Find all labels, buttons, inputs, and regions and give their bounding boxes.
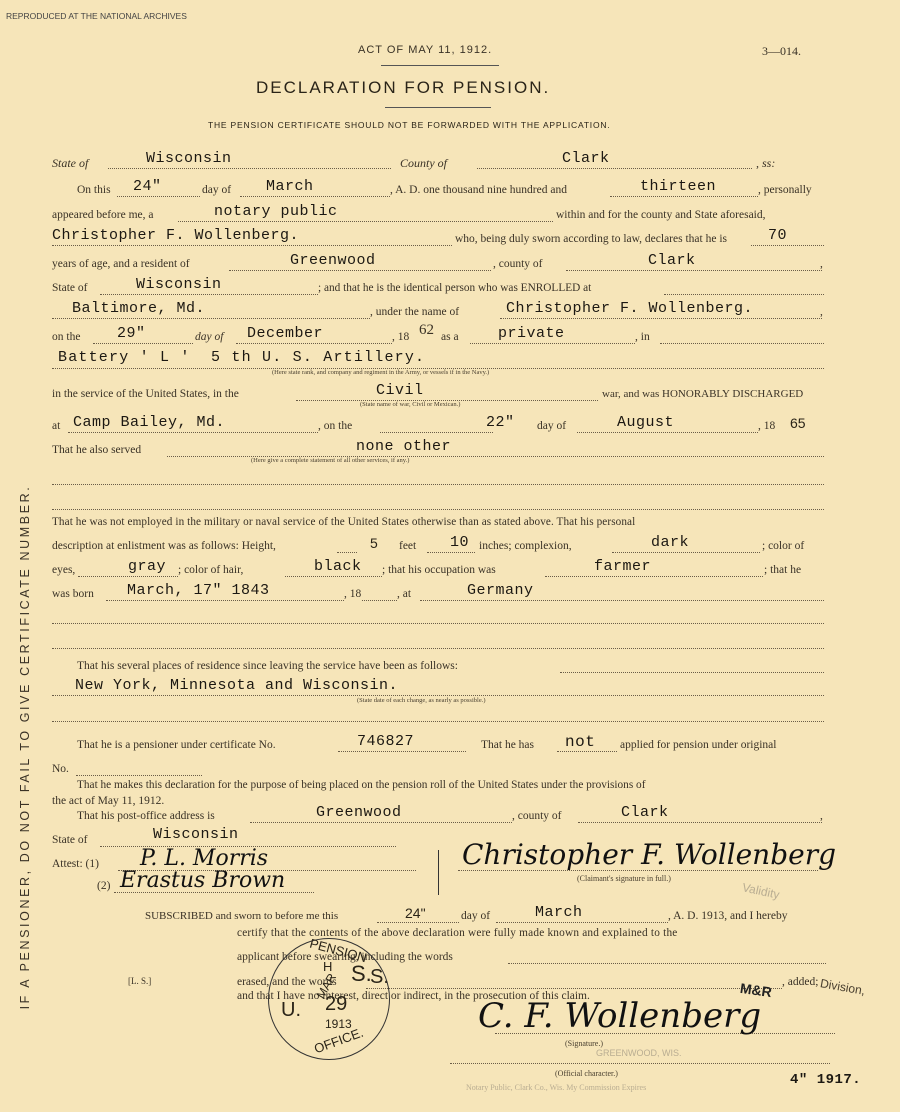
label: ; that his occupation was <box>382 564 496 576</box>
height-inches-field[interactable]: 10 <box>450 534 469 551</box>
divider <box>438 850 439 895</box>
discharge-month-field[interactable]: August <box>617 414 674 431</box>
sworn-day-field[interactable]: 24" <box>405 905 426 921</box>
validity-stamp: Validity <box>741 880 781 902</box>
discharge-day-field[interactable]: 22" <box>486 414 515 431</box>
label: ; color of hair, <box>178 564 243 576</box>
label: (2) <box>97 880 110 892</box>
label: State of <box>52 156 88 171</box>
stamp-text: U. <box>281 999 301 1022</box>
label: , personally <box>758 184 812 196</box>
label: as a <box>441 331 459 343</box>
height-feet-field[interactable]: 5 <box>370 535 378 551</box>
month-field[interactable]: March <box>266 178 314 195</box>
label: applied for pension under original <box>620 739 777 751</box>
rank-field[interactable]: private <box>498 325 565 342</box>
label: ; that he <box>764 564 801 576</box>
residence-state-field[interactable]: Wisconsin <box>136 276 222 293</box>
label: ; and that he is the identical person wh… <box>318 282 591 294</box>
label: That he was not employed in the military… <box>52 516 635 528</box>
stamp-text: 29 <box>325 993 347 1016</box>
form-number: 3—014. <box>762 44 801 59</box>
label: SUBSCRIBED and sworn to before me this <box>145 910 338 922</box>
year-field[interactable]: thirteen <box>640 178 716 195</box>
label: , <box>820 306 823 318</box>
label: Attest: (1) <box>52 858 99 870</box>
label: , county of <box>493 258 543 270</box>
other-service-field[interactable]: none other <box>356 438 451 455</box>
unit-field[interactable]: Battery ' L ' 5 th U. S. Artillery. <box>58 349 425 366</box>
county-field[interactable]: Clark <box>562 150 610 167</box>
label: day of <box>537 420 566 432</box>
official-character-stamp: GREENWOOD, WIS. <box>596 1048 682 1058</box>
division-stamp: Division, <box>819 976 866 998</box>
divider <box>381 65 499 66</box>
label: inches; complexion, <box>479 540 572 552</box>
hair-field[interactable]: black <box>314 558 362 575</box>
label: That he also served <box>52 444 141 456</box>
po-address-field[interactable]: Greenwood <box>316 804 402 821</box>
label: That he makes this declaration for the p… <box>77 779 645 791</box>
pension-office-stamp: PENSION H MAR 29 1913 U. S. OFFICE. <box>268 938 390 1060</box>
label: certify that the contents of the above d… <box>237 927 678 939</box>
officer-field[interactable]: notary public <box>214 203 338 220</box>
label: , county of <box>512 810 562 822</box>
label: day of <box>195 331 223 343</box>
label: That his several places of residence sin… <box>77 660 458 672</box>
forwarding-notice: THE PENSION CERTIFICATE SHOULD NOT BE FO… <box>208 120 610 130</box>
hint-text: (Here give a complete statement of all o… <box>251 457 409 464</box>
day-field[interactable]: 24" <box>133 178 162 195</box>
page-title: DECLARATION FOR PENSION. <box>256 78 550 98</box>
sworn-month-field[interactable]: March <box>535 904 583 921</box>
label: eyes, <box>52 564 75 576</box>
label: , added; <box>782 976 818 988</box>
label: , under the name of <box>370 306 459 318</box>
label: who, being duly sworn according to law, … <box>455 233 727 245</box>
residences-field[interactable]: New York, Minnesota and Wisconsin. <box>75 677 398 694</box>
label: , 18 <box>758 420 775 432</box>
hint-text: (State date of each change, as nearly as… <box>357 697 486 704</box>
po-state-field[interactable]: Wisconsin <box>153 826 239 843</box>
label: , A. D. one thousand nine hundred and <box>390 184 567 196</box>
label: appeared before me, a <box>52 209 154 221</box>
war-field[interactable]: Civil <box>376 382 424 399</box>
label: ; color of <box>762 540 804 552</box>
birth-date-field[interactable]: March, 17" 1843 <box>127 582 270 599</box>
label: feet <box>399 540 416 552</box>
seal-label: [L. S.] <box>128 976 151 986</box>
stamp-text: S. <box>351 961 372 987</box>
enroll-day-field[interactable]: 29" <box>117 325 146 342</box>
label: in the service of the United States, in … <box>52 388 239 400</box>
label: County of <box>400 156 447 171</box>
enroll-year-field[interactable]: 62 <box>419 322 434 339</box>
label: That he has <box>481 739 534 751</box>
label: , <box>820 258 823 270</box>
hint-text: (Claimant's signature in full.) <box>577 874 671 883</box>
hint-text: (Here state rank, and company and regime… <box>272 369 489 376</box>
age-field[interactable]: 70 <box>768 227 787 244</box>
residence-county-field[interactable]: Clark <box>648 252 696 269</box>
discharged-at-field[interactable]: Camp Bailey, Md. <box>73 414 225 431</box>
residence-field[interactable]: Greenwood <box>290 252 376 269</box>
po-county-field[interactable]: Clark <box>621 804 669 821</box>
hint-text: (Official character.) <box>555 1069 618 1078</box>
label: , 18 <box>392 331 409 343</box>
certificate-number-field[interactable]: 746827 <box>357 733 414 750</box>
label: within and for the county and State afor… <box>556 209 766 221</box>
commission-expiry: 4" 1917. <box>790 1072 861 1088</box>
label: was born <box>52 588 94 600</box>
label: day of <box>202 184 231 196</box>
notary-signature: C. F. Wollenberg <box>478 996 761 1036</box>
enrolled-name-field[interactable]: Christopher F. Wollenberg. <box>506 300 753 317</box>
act-line: ACT OF MAY 11, 1912. <box>358 44 492 56</box>
occupation-field[interactable]: farmer <box>594 558 651 575</box>
enroll-month-field[interactable]: December <box>247 325 323 342</box>
label: That his post-office address is <box>77 810 215 822</box>
hint-text: (State name of war, Civil or Mexican.) <box>360 401 460 408</box>
applicant-signature: Christopher F. Wollenberg <box>462 838 836 871</box>
label: State of <box>52 282 87 294</box>
side-note: IF A PENSIONER, DO NOT FAIL TO GIVE CERT… <box>18 417 32 1077</box>
label: years of age, and a resident of <box>52 258 190 270</box>
archive-note: REPRODUCED AT THE NATIONAL ARCHIVES <box>6 11 187 21</box>
divider <box>385 107 491 108</box>
label: That he is a pensioner under certificate… <box>77 739 276 751</box>
hint-text: (Signature.) <box>565 1039 603 1048</box>
birthplace-field[interactable]: Germany <box>467 582 534 599</box>
label: , at <box>397 588 411 600</box>
label: the act of May 11, 1912. <box>52 795 164 807</box>
discharge-year-field[interactable]: 65 <box>790 415 806 431</box>
label: day of <box>461 910 490 922</box>
label: , on the <box>318 420 352 432</box>
witness-2-signature: Erastus Brown <box>120 868 285 893</box>
claimant-name-field[interactable]: Christopher F. Wollenberg. <box>52 227 299 244</box>
label: , 18 <box>344 588 361 600</box>
label: at <box>52 420 60 432</box>
label: State of <box>52 834 87 846</box>
state-field[interactable]: Wisconsin <box>146 150 232 167</box>
eyes-field[interactable]: gray <box>128 558 166 575</box>
label: , ss: <box>756 156 775 171</box>
enrolled-at-field[interactable]: Baltimore, Md. <box>72 300 205 317</box>
label: description at enlistment was as follows… <box>52 540 276 552</box>
complexion-field[interactable]: dark <box>651 534 689 551</box>
label: , <box>820 810 823 822</box>
commission-stamp: Notary Public, Clark Co., Wis. My Commis… <box>466 1083 646 1092</box>
label: No. <box>52 763 69 775</box>
has-applied-field[interactable]: not <box>565 733 595 751</box>
label: On this <box>77 184 111 196</box>
label: , A. D. 1913, and I hereby <box>668 910 787 922</box>
label: on the <box>52 331 80 343</box>
label: , in <box>635 331 650 343</box>
label: war, and was HONORABLY DISCHARGED <box>602 388 803 400</box>
